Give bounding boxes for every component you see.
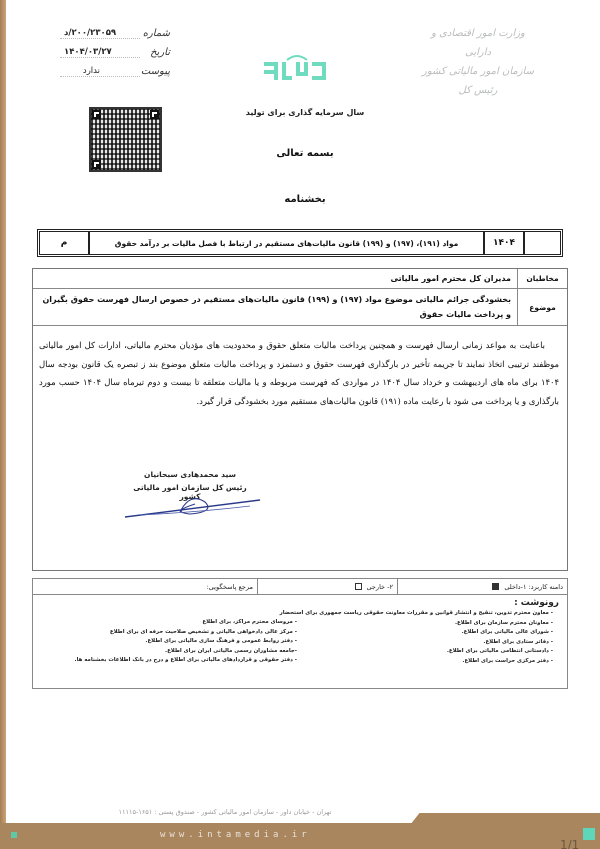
scope-internal-label: دامنه کاربرد: ۱-داخلی bbox=[504, 583, 563, 591]
handwritten-signature-icon bbox=[120, 482, 270, 522]
footer-website-link[interactable]: www.intamedia.ir bbox=[160, 830, 311, 840]
letter-metadata: شماره ۲۰۰/۲۳۰۵۹/د تاریخ ۱۴۰۴/۰۳/۲۷ پیوست… bbox=[60, 20, 170, 77]
letter-date-row: تاریخ ۱۴۰۴/۰۳/۲۷ bbox=[60, 39, 170, 58]
cc-item: - دفتر حقوقی و قراردادهای مالیاتی برای ا… bbox=[33, 656, 297, 666]
scope-external-cell: ۲- خارجی bbox=[257, 579, 397, 594]
letter-date-label: تاریخ bbox=[140, 47, 170, 58]
footer-square-icon bbox=[583, 828, 595, 840]
letterhead-ministry: وزارت امور اقتصادی و دارایی bbox=[418, 24, 538, 62]
letterhead-organization: سازمان امور مالیاتی کشور bbox=[418, 62, 538, 81]
letter-body-box: مخاطبان مدیران کل محترم امور مالیاتی موض… bbox=[32, 268, 568, 571]
qr-finder-icon bbox=[150, 110, 159, 119]
attachment-row: پیوست ندارد bbox=[60, 58, 170, 77]
reference-label: مرجع پاسخگویی: bbox=[207, 583, 253, 591]
circular-title-bar: ۱۴۰۴ مواد (۱۹۱)، (۱۹۷) و (۱۹۹) قانون مال… bbox=[37, 229, 563, 257]
attachment-label: پیوست bbox=[140, 66, 170, 77]
letter-number-label: شماره bbox=[140, 28, 170, 39]
scope-row: دامنه کاربرد: ۱-داخلی ۲- خارجی مرجع پاسخ… bbox=[32, 578, 568, 595]
tax-organization-logo-icon bbox=[262, 52, 332, 82]
letterhead: وزارت امور اقتصادی و دارایی سازمان امور … bbox=[418, 24, 538, 100]
title-bar-empty-cell bbox=[523, 232, 560, 254]
bismillah-heading: بسمه تعالی bbox=[240, 148, 370, 159]
cc-item: -جامعه مشاوران رسمی مالیاتی ایران برای ا… bbox=[33, 647, 297, 657]
circular-year: ۱۴۰۴ bbox=[483, 232, 523, 254]
cc-item: - مروسای محترم مراکز، برای اطلاع bbox=[33, 618, 297, 628]
qr-code-icon bbox=[89, 107, 162, 172]
attachment-value: ندارد bbox=[60, 66, 140, 77]
year-slogan: سال سرمایه گذاری برای تولید bbox=[240, 108, 370, 117]
cc-item: - معاون محترم تدوین، تنقیح و انتشار قوان… bbox=[297, 609, 553, 619]
signature-block: سید محمدهادی سبحانیان رئیس کل سازمان امو… bbox=[130, 470, 250, 501]
letter-date-value: ۱۴۰۴/۰۳/۲۷ bbox=[60, 47, 140, 58]
document-type-heading: بخشنامه bbox=[240, 194, 370, 205]
letter-body-text: باعنایت به مواعد زمانی ارسال فهرست و همچ… bbox=[33, 326, 567, 410]
addressees-row: مخاطبان مدیران کل محترم امور مالیاتی bbox=[33, 269, 567, 289]
internal-checkbox[interactable] bbox=[492, 583, 499, 590]
cc-item: - دفتر روابط عمومی و فرهنگ سازی مالیاتی … bbox=[33, 637, 297, 647]
scope-external-label: ۲- خارجی bbox=[367, 583, 394, 591]
cc-right-column: - معاون محترم تدوین، تنقیح و انتشار قوان… bbox=[297, 609, 567, 666]
footer-square-icon bbox=[11, 832, 17, 838]
cc-item: - مرکز عالی دادخواهی مالیاتی و تشخیص صلا… bbox=[33, 628, 297, 638]
external-checkbox[interactable] bbox=[355, 583, 362, 590]
qr-finder-icon bbox=[92, 160, 101, 169]
qr-finder-icon bbox=[92, 110, 101, 119]
footer-address: تهران - خیابان داور - سازمان امور مالیات… bbox=[80, 808, 370, 816]
circular-code: م bbox=[40, 232, 88, 254]
cc-item: - شورای عالی مالیاتی برای اطلاع. bbox=[297, 628, 553, 638]
addressees-value: مدیران کل محترم امور مالیاتی bbox=[33, 269, 517, 288]
carbon-copy-box: رونوشت : - معاون محترم تدوین، تنقیح و ان… bbox=[32, 595, 568, 689]
cc-left-column: - مروسای محترم مراکز، برای اطلاع - مرکز … bbox=[33, 609, 297, 666]
scope-internal-cell: دامنه کاربرد: ۱-داخلی bbox=[397, 579, 567, 594]
cc-columns: - معاون محترم تدوین، تنقیح و انتشار قوان… bbox=[33, 609, 567, 666]
cc-title: رونوشت : bbox=[33, 595, 567, 609]
letterhead-office: رئیس کل bbox=[418, 81, 538, 100]
body-paragraph: باعنایت به مواعد زمانی ارسال فهرست و همچ… bbox=[39, 336, 559, 410]
subject-label: موضوع bbox=[517, 289, 567, 325]
letter-number-value: ۲۰۰/۲۳۰۵۹/د bbox=[60, 28, 140, 39]
cc-item: - معاونان محترم سازمان برای اطلاع. bbox=[297, 619, 553, 629]
signatory-name: سید محمدهادی سبحانیان bbox=[130, 470, 250, 479]
cc-item: - دفتر مرکزی حراست برای اطلاع. bbox=[297, 657, 553, 667]
letter-number-row: شماره ۲۰۰/۲۳۰۵۹/د bbox=[60, 20, 170, 39]
circular-title: مواد (۱۹۱)، (۱۹۷) و (۱۹۹) قانون مالیات‌ه… bbox=[88, 232, 483, 254]
cc-item: - دادستانی انتظامی مالیاتی برای اطلاع. bbox=[297, 647, 553, 657]
subject-value: بخشودگی جرائم مالیاتی موضوع مواد (۱۹۷) و… bbox=[33, 289, 517, 325]
cc-item: - دفاتر ستادی برای اطلاع. bbox=[297, 638, 553, 648]
reference-cell: مرجع پاسخگویی: bbox=[33, 579, 257, 594]
page-number: 1/1 bbox=[560, 838, 579, 849]
addressees-label: مخاطبان bbox=[517, 269, 567, 288]
subject-row: موضوع بخشودگی جرائم مالیاتی موضوع مواد (… bbox=[33, 289, 567, 326]
